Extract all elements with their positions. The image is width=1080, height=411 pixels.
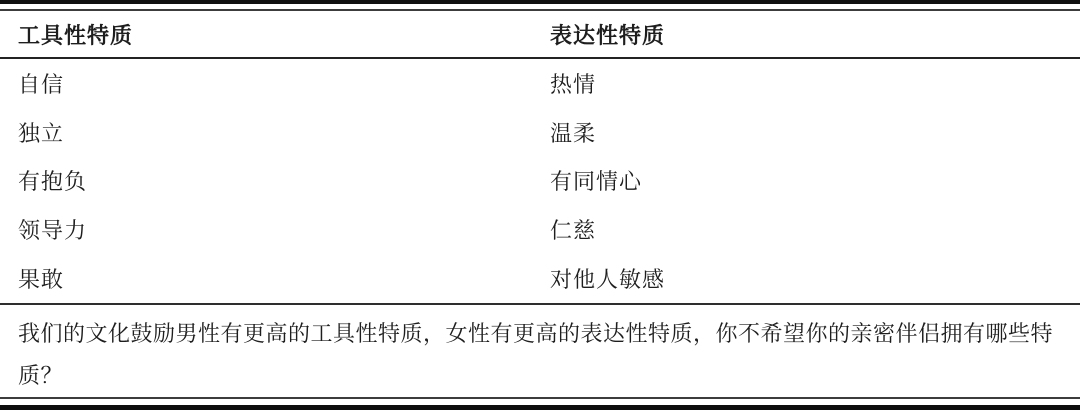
trait-cell-instrumental: 有抱负	[0, 165, 540, 196]
trait-cell-instrumental: 领导力	[0, 214, 540, 245]
trait-cell-expressive: 热情	[540, 68, 1080, 99]
table-row: 独立 温柔	[0, 108, 1080, 157]
table-row: 领导力 仁慈	[0, 205, 1080, 254]
trait-cell-instrumental: 果敢	[0, 263, 540, 294]
trait-cell-instrumental: 自信	[0, 68, 540, 99]
table-row: 果敢 对他人敏感	[0, 254, 1080, 303]
table-body: 自信 热情 独立 温柔 有抱负 有同情心 领导力 仁慈 果敢 对他人敏感	[0, 59, 1080, 303]
table-row: 自信 热情	[0, 59, 1080, 108]
trait-cell-expressive: 有同情心	[540, 165, 1080, 196]
trait-cell-expressive: 对他人敏感	[540, 263, 1080, 294]
trait-cell-instrumental: 独立	[0, 117, 540, 148]
table-header-row: 工具性特质 表达性特质	[0, 11, 1080, 57]
table-row: 有抱负 有同情心	[0, 157, 1080, 206]
table-footnote: 我们的文化鼓励男性有更高的工具性特质，女性有更高的表达性特质，你不希望你的亲密伴…	[0, 305, 1080, 397]
column-header-expressive: 表达性特质	[540, 19, 1080, 50]
bottom-thick-rule	[0, 405, 1080, 410]
traits-table-figure: 工具性特质 表达性特质 自信 热情 独立 温柔 有抱负 有同情心 领导力 仁慈 …	[0, 0, 1080, 411]
trait-cell-expressive: 温柔	[540, 117, 1080, 148]
trait-cell-expressive: 仁慈	[540, 214, 1080, 245]
column-header-instrumental: 工具性特质	[0, 19, 540, 50]
